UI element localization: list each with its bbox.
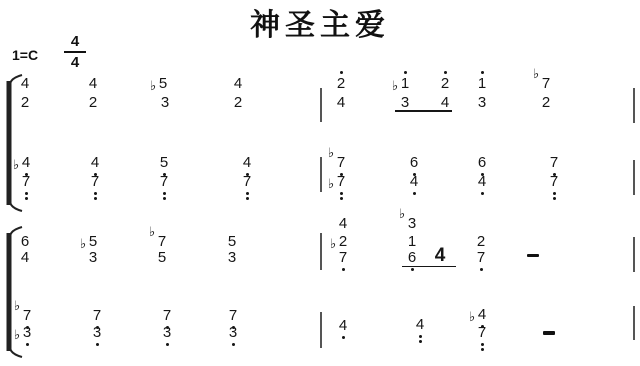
flat-sign-icon: ♭: [149, 226, 155, 239]
key-signature: 1=C: [12, 47, 38, 63]
note-digit: 5♭: [158, 76, 168, 91]
note-digit: 4: [242, 155, 252, 170]
note-digit: 4: [336, 95, 346, 110]
duration-dash: [543, 331, 555, 335]
flat-sign-icon: ♭: [150, 80, 156, 93]
note-digit: 7: [90, 174, 100, 189]
note-digit: 4: [338, 216, 348, 231]
note-digit: 4: [90, 155, 100, 170]
note-digit: 7: [477, 325, 487, 340]
note-digit: 6: [407, 250, 417, 265]
note-digit: 2: [476, 234, 486, 249]
note-digit: 7♭: [541, 76, 551, 91]
note-digit: 2: [440, 76, 450, 91]
barline: [320, 88, 322, 122]
time-signature-fraction-bar: [64, 51, 86, 53]
system-bracket-icon: [3, 74, 25, 212]
note-digit: 4: [233, 76, 243, 91]
flat-sign-icon: ♭: [328, 147, 334, 160]
flat-sign-icon: ♭: [330, 238, 336, 251]
barline: [320, 312, 322, 348]
note-digit: 7: [549, 174, 559, 189]
note-digit: 7: [162, 308, 172, 323]
note-digit: 6: [409, 155, 419, 170]
note-digit: 5: [227, 234, 237, 249]
system-bracket-icon: [3, 226, 25, 358]
sheet-music-page: 1=C 4 4 神圣主爱 42425♭342241♭324137♭24♭7475…: [0, 0, 640, 366]
note-digit: 7♭: [157, 234, 167, 249]
note-digit: 3: [227, 250, 237, 265]
note-digit: 2: [233, 95, 243, 110]
barline: [633, 237, 635, 272]
note-digit: 7: [549, 155, 559, 170]
note-digit: 6: [477, 155, 487, 170]
eighth-note-beam: [395, 110, 452, 112]
note-digit: 7: [228, 308, 238, 323]
song-title: 神圣主爱: [0, 9, 640, 43]
flat-sign-icon: ♭: [80, 238, 86, 251]
note-digit: 7: [476, 250, 486, 265]
time-signature-denominator: 4: [64, 54, 86, 71]
note-digit: 4♭: [477, 307, 487, 322]
note-digit: 4: [434, 247, 446, 262]
note-digit: 3: [92, 325, 102, 340]
note-digit: 3: [228, 325, 238, 340]
note-digit: 7♭: [336, 174, 346, 189]
flat-sign-icon: ♭: [328, 178, 334, 191]
barline: [320, 157, 322, 192]
note-digit: 2♭: [338, 234, 348, 249]
barline: [633, 160, 635, 195]
note-digit: 7: [159, 174, 169, 189]
note-digit: 3: [400, 95, 410, 110]
note-digit: 4: [338, 318, 348, 333]
note-digit: 3: [88, 250, 98, 265]
note-digit: 1: [407, 234, 417, 249]
note-digit: 7♭: [336, 155, 346, 170]
note-digit: 4: [477, 174, 487, 189]
duration-dash: [527, 254, 539, 257]
flat-sign-icon: ♭: [399, 208, 405, 221]
note-digit: 5: [157, 250, 167, 265]
note-digit: 3: [160, 95, 170, 110]
barline: [633, 88, 635, 123]
flat-sign-icon: ♭: [533, 68, 539, 81]
note-digit: 2: [336, 76, 346, 91]
note-digit: 5: [159, 155, 169, 170]
note-digit: 2: [88, 95, 98, 110]
note-digit: 7: [92, 308, 102, 323]
note-digit: 3: [477, 95, 487, 110]
flat-sign-icon: ♭: [469, 311, 475, 324]
note-digit: 1♭: [400, 76, 410, 91]
note-digit: 3♭: [407, 216, 417, 231]
note-digit: 2: [541, 95, 551, 110]
note-digit: 7: [242, 174, 252, 189]
note-digit: 4: [415, 317, 425, 332]
barline: [320, 233, 322, 270]
note-digit: 1: [477, 76, 487, 91]
note-digit: 3: [162, 325, 172, 340]
flat-sign-icon: ♭: [392, 80, 398, 93]
note-digit: 5♭: [88, 234, 98, 249]
note-digit: 7: [338, 250, 348, 265]
note-digit: 4: [88, 76, 98, 91]
note-digit: 4: [409, 174, 419, 189]
eighth-note-beam: [402, 266, 456, 268]
barline: [633, 306, 635, 340]
note-digit: 4: [440, 95, 450, 110]
